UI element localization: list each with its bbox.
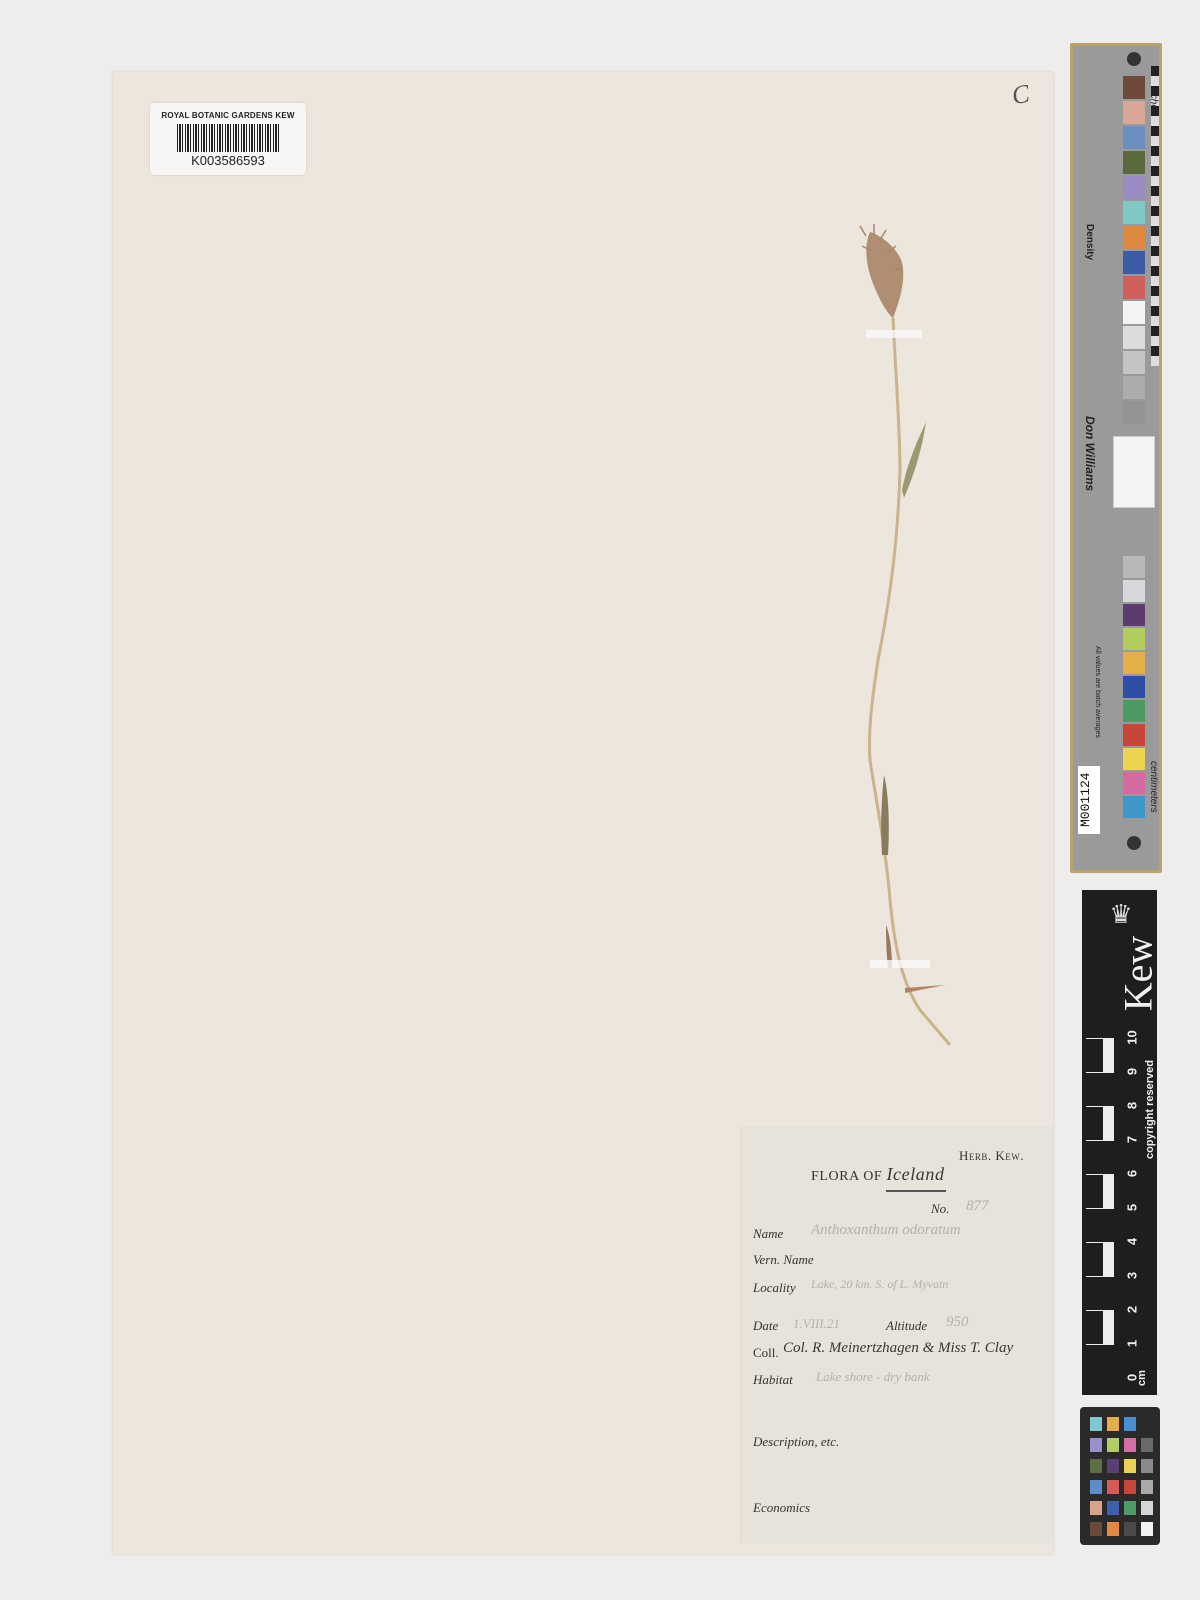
herbarium-name: Herb. Kew. <box>959 1148 1024 1164</box>
scale-segment <box>1086 1276 1114 1310</box>
date-value: 1.VIII.21 <box>793 1316 840 1332</box>
kew-logo: Kew <box>1115 934 1162 1014</box>
color-swatch <box>1107 1480 1119 1494</box>
color-patch <box>1123 772 1145 794</box>
institution-name: ROYAL BOTANIC GARDENS KEW <box>150 111 306 120</box>
altitude-value: 950 <box>946 1314 969 1331</box>
color-swatch <box>1141 1438 1153 1452</box>
flora-region: Iceland <box>886 1164 944 1184</box>
color-swatch <box>1090 1480 1102 1494</box>
economics-label: Economics <box>753 1500 810 1516</box>
color-patch <box>1123 276 1145 299</box>
scale-number: 10 <box>1125 1028 1140 1048</box>
habitat-value: Lake shore - dry bank <box>816 1369 930 1385</box>
number-value: 877 <box>966 1198 989 1215</box>
flora-prefix: FLORA OF <box>811 1169 882 1184</box>
specimen-label: Herb. Kew. FLORA OF Iceland No. 877 Name… <box>740 1126 1053 1543</box>
color-patch <box>1123 580 1145 602</box>
scale-segment <box>1086 1242 1114 1276</box>
barcode-icon <box>177 124 279 152</box>
color-calibration-ruler: inches Density Don Williams All values a… <box>1070 43 1162 873</box>
color-swatch <box>1107 1438 1119 1452</box>
habitat-label: Habitat <box>753 1372 793 1388</box>
copyright-text: copyright reserved <box>1144 1060 1156 1159</box>
scale-number: 3 <box>1125 1266 1140 1286</box>
color-swatch <box>1124 1522 1136 1536</box>
color-patch <box>1123 700 1145 722</box>
color-patch <box>1123 201 1145 224</box>
color-patch <box>1123 326 1145 349</box>
units-bottom: centimeters <box>1148 761 1159 813</box>
scale-number: 6 <box>1125 1164 1140 1184</box>
color-patch <box>1123 251 1145 274</box>
scale-number: 5 <box>1125 1198 1140 1218</box>
scale-number: 2 <box>1125 1300 1140 1320</box>
ruler-hole <box>1127 52 1141 66</box>
color-swatch <box>1107 1522 1119 1536</box>
color-swatch <box>1124 1438 1136 1452</box>
vern-name-label: Vern. Name <box>753 1252 814 1268</box>
scale-segment <box>1086 1038 1114 1072</box>
color-swatch <box>1090 1522 1102 1536</box>
scale-number: 9 <box>1125 1062 1140 1082</box>
altitude-label: Altitude <box>886 1318 927 1334</box>
mounting-tape-bottom <box>870 960 930 968</box>
scale-number: 8 <box>1125 1096 1140 1116</box>
color-swatch <box>1090 1501 1102 1515</box>
color-swatch <box>1141 1522 1153 1536</box>
color-swatch <box>1124 1459 1136 1473</box>
color-swatch <box>1141 1501 1153 1515</box>
name-value: Anthoxanthum odoratum <box>811 1222 961 1239</box>
collector-label: Coll. <box>753 1345 779 1361</box>
color-patch <box>1123 401 1145 424</box>
locality-label: Locality <box>753 1280 796 1296</box>
scale-segment <box>1086 1106 1114 1140</box>
color-patch <box>1123 724 1145 746</box>
density-label: Density <box>1084 224 1095 260</box>
flora-heading: FLORA OF Iceland <box>811 1164 945 1185</box>
color-patch <box>1123 676 1145 698</box>
scale-segment <box>1086 1140 1114 1174</box>
color-swatch <box>1124 1417 1136 1431</box>
color-checker-card <box>1080 1407 1160 1545</box>
color-patch <box>1123 628 1145 650</box>
color-patch <box>1123 101 1145 124</box>
color-patch <box>1123 351 1145 374</box>
color-patch <box>1123 176 1145 199</box>
color-swatch <box>1124 1501 1136 1515</box>
ruler-hole <box>1127 836 1141 850</box>
color-patch <box>1123 226 1145 249</box>
color-patch <box>1123 76 1145 99</box>
color-patch <box>1123 556 1145 578</box>
color-patch <box>1123 748 1145 770</box>
kew-crest-icon: ♛ <box>1104 898 1138 932</box>
color-swatch <box>1090 1459 1102 1473</box>
scale-number: 1 <box>1125 1334 1140 1354</box>
color-swatch <box>1124 1480 1136 1494</box>
color-swatch <box>1090 1438 1102 1452</box>
description-label: Description, etc. <box>753 1434 839 1450</box>
scale-segment <box>1086 1310 1114 1344</box>
units-top: inches <box>1148 86 1159 115</box>
color-patch <box>1123 376 1145 399</box>
color-patch <box>1123 301 1145 324</box>
color-patch <box>1123 796 1145 818</box>
color-patch <box>1123 604 1145 626</box>
scale-number: 4 <box>1125 1232 1140 1252</box>
color-patch <box>1123 126 1145 149</box>
date-label: Date <box>753 1318 778 1334</box>
ruler-brand: Don Williams <box>1083 416 1097 491</box>
scale-segment <box>1086 1174 1114 1208</box>
kew-scale-bar: ♛ Kew 109876543210 copyright reserved cm <box>1082 890 1157 1395</box>
name-label: Name <box>753 1226 783 1242</box>
scale-segment <box>1086 1072 1114 1106</box>
unit-label: cm <box>1136 1370 1148 1386</box>
gray-target <box>1113 436 1155 508</box>
color-swatch <box>1141 1417 1153 1431</box>
ruler-code: M001124 <box>1078 766 1100 834</box>
color-swatch <box>1107 1501 1119 1515</box>
color-swatch <box>1141 1480 1153 1494</box>
collector-value: Col. R. Meinertzhagen & Miss T. Clay <box>783 1340 1013 1357</box>
divider <box>886 1190 946 1192</box>
scale-segment <box>1086 1208 1114 1242</box>
color-patch <box>1123 652 1145 674</box>
color-swatch <box>1107 1417 1119 1431</box>
color-swatch <box>1090 1417 1102 1431</box>
scale-segment <box>1086 1344 1114 1378</box>
number-label: No. <box>931 1201 949 1217</box>
scale-number: 7 <box>1125 1130 1140 1150</box>
ruler-note: All values are batch averages <box>1094 646 1101 738</box>
color-swatch <box>1107 1459 1119 1473</box>
mounting-tape-top <box>866 330 922 338</box>
barcode-number: K003586593 <box>150 153 306 168</box>
color-patch <box>1123 151 1145 174</box>
color-swatch <box>1141 1459 1153 1473</box>
barcode-label: ROYAL BOTANIC GARDENS KEW K003586593 <box>150 103 306 175</box>
locality-value: Lake, 20 km. S. of L. Myvatn <box>811 1277 948 1292</box>
